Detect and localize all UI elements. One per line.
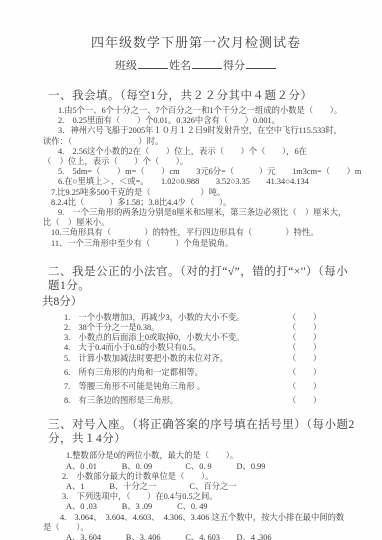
tf-item-8-text: 8. 有三条边的图形是三角形。 [64,396,178,406]
section-fill-in: 一、我会填。（每空1分，共２２分其中４题２分） 1.由5个一、6个十分之一、7个… [46,89,356,249]
fill-item-2: 2. 0.25里面有（ ）个0.01。0.326中含有（ ）0.001。 [58,116,356,126]
tf-item-4-answer-bracket: （ ） [288,343,321,353]
fill-item-6: 6.在○里填上＞、＜或=。 1.02○0.988 3.52○3.35 41.34… [58,177,356,187]
mc-question-2-options: A、1 B、十分之一 C、百分之一 [66,482,356,492]
class-label: 班级 [115,60,137,72]
tf-item-8-answer-bracket: （ ） [288,396,321,406]
section3-items: 1.整数部分是0的两位小数，最大的是（ ）。 A、0 .01 B、0. 09 C… [46,451,356,540]
fill-item-1: 1.由5个一、6个十分之一、7个百分之一和1个千分之一组成的小数是（ ）。 [58,106,356,116]
tf-item-1-answer-bracket: （ ） [288,313,321,323]
fill-item-7: 7.比9.25吨多500千克的是（ ）吨。 [51,188,356,198]
tf-item-4-text: 4. 大于0.4而小于0.6的小数只有0.5。 [64,343,201,353]
mc-question-1-options: A、0 .01 B、0. 09 C、0. 9 D、0.99 [66,462,356,472]
class-blank-line [138,59,168,69]
tf-item-7-text: 7. 等腰三角形不可能是钝角三角形 。 [64,382,205,392]
tf-item-3: 3. 小数点的后面添上0或取掉0，小数大小不变。 （ ） [46,333,356,343]
fill-item-9: 9. 一个三角形的两条边分别是8厘米和5厘米，第三条边必须比（ ）厘米大， [58,208,356,218]
mc-question-3: 3. 下列选项中，（ ）在0.4与0.5之间。 [62,492,356,502]
mc-question-4: 4. 3.064、 3.604、4.603、 4.306、3.406 这五个数中… [60,513,356,523]
fill-item-4: 4. 2.56这个小数的2在（ ）位上，表示（ ）个（ ），6在 [58,147,356,157]
tf-item-6: 6. 所有三角形的内角和一定都相等。 （ ） [46,368,356,378]
fill-item-5: 5. 5dm=（ ）m=（ ）cm 3元6分=（ ）元 1m3cm=（ ）m [58,167,356,177]
name-blank-line [192,59,222,69]
section1-items: 1.由5个一、6个十分之一、7个百分之一和1个千分之一组成的小数是（ ）。 2.… [46,106,356,249]
mc-question-4-cont: 是（ ）。 [43,523,356,533]
tf-item-2-answer-bracket: （ ） [288,323,321,333]
fill-item-3: 3．神州六号飞船于2005年１０月１２日9时发射升空，在空中飞行115.533时… [58,126,356,136]
tf-item-3-text: 3. 小数点的后面添上0或取掉0，小数大小不变。 [64,333,244,343]
mc-question-1: 1.整数部分是0的两位小数，最大的是（ ）。 [66,451,356,461]
fill-item-8: 8.2.4比（ ）多1.58；3.8比4.4少（ ）。 [51,198,356,208]
student-info-line: 班级姓名得分 [36,59,356,73]
section-true-false: 二、我是公正的小法官。（对的打“√”，错的打“×''）（每小题1分。 共8分） … [46,265,356,407]
score-label: 得分 [223,60,245,72]
section-multiple-choice: 三、对号入座。（将正确答案的序号填在括号里）（每小题2分，共１4分） 1.整数部… [46,418,356,540]
tf-item-7: 7. 等腰三角形不可能是钝角三角形 。 （ ） [46,382,356,392]
tf-item-8: 8. 有三条边的图形是三角形。 （ ） [46,396,356,406]
tf-item-5-answer-bracket: （ ） [288,354,321,364]
fill-item-3-cont: 读作：（ ）时。 [43,137,356,147]
tf-item-6-text: 6. 所有三角形的内角和一定都相等。 [64,368,203,378]
fill-item-11: 11、一个三角形中至少有（ ）个角是锐角。 [51,239,356,249]
mc-question-4-options: A、3. 604 B、3. 406 C、4. 603 D、4 .306 [66,533,356,540]
section2-items: 1. 一个小数增加3，再减少3，小数的大小不变。 （ ） 2. 38个千分之一是… [46,313,356,407]
test-paper-page: 四年级数学下册第一次月检测试卷 班级姓名得分 一、我会填。（每空1分，共２２分其… [0,0,382,540]
tf-item-2: 2. 38个千分之一是0.38。 （ ） [46,323,356,333]
tf-item-1-text: 1. 一个小数增加3，再减少3，小数的大小不变。 [64,313,244,323]
mc-question-3-options: A、0 .03 B、3 .09 C、0. 49 [66,502,356,512]
page-title: 四年级数学下册第一次月检测试卷 [36,35,356,50]
tf-item-5: 5. 计算小数加减法时要把小数的末位对齐。 （ ） [46,354,356,364]
fill-item-10: 10.三角形具有（ ）的特性，平行四边形具有（ ）特性。 [51,228,356,238]
section3-heading: 三、对号入座。（将正确答案的序号填在括号里）（每小题2分，共１4分） [48,418,356,446]
score-blank-line [246,59,276,69]
tf-item-7-answer-bracket: （ ） [288,382,321,392]
fill-item-9-cont: 比（ ）厘米小。 [43,218,356,228]
tf-item-6-answer-bracket: （ ） [288,368,321,378]
tf-item-2-text: 2. 38个千分之一是0.38。 [64,323,159,333]
section1-heading: 一、我会填。（每空1分，共２２分其中４题２分） [48,89,356,103]
tf-item-3-answer-bracket: （ ） [288,333,321,343]
fill-item-4-cont: （ ）位上，表示（ ）个（ ）。 [43,157,356,167]
tf-item-5-text: 5. 计算小数加减法时要把小数的末位对齐。 [64,354,228,364]
tf-item-1: 1. 一个小数增加3，再减少3，小数的大小不变。 （ ） [46,313,356,323]
name-label: 姓名 [169,60,191,72]
section2-heading-cont: 共8分） [42,295,356,309]
section2-heading: 二、我是公正的小法官。（对的打“√”，错的打“×''）（每小题1分。 [48,265,356,293]
mc-question-2: 2. 小数部分最大的计数单位是（ ）。 [62,472,356,482]
tf-item-4: 4. 大于0.4而小于0.6的小数只有0.5。 （ ） [46,343,356,353]
